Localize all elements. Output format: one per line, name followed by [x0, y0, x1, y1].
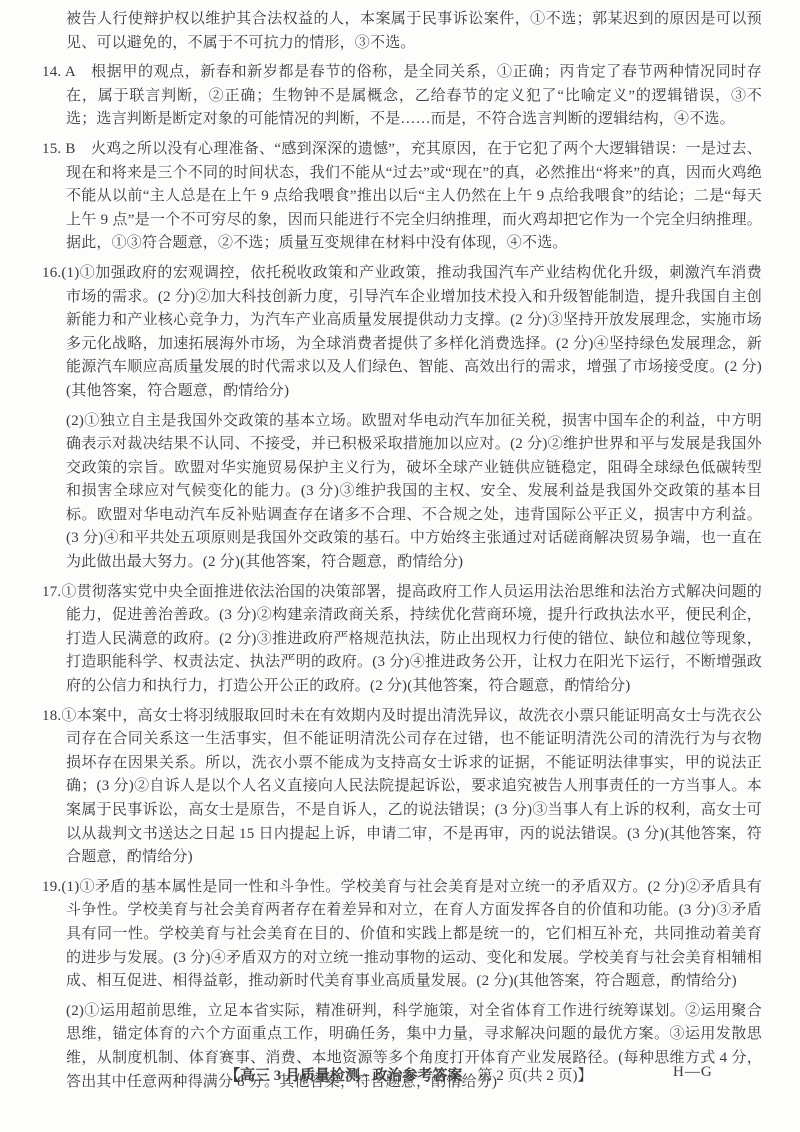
scanned-answer-page: 被告人行使辩护权以维护其合法权益的人，本案属于民事诉讼案件，①不选；郭某迟到的原… [0, 0, 800, 1132]
answer-continuation-q13: 被告人行使辩护权以维护其合法权益的人，本案属于民事诉讼案件，①不选；郭某迟到的原… [42, 8, 762, 55]
question-number-14: 14. A [42, 64, 91, 80]
footer-paper-code: H—G [673, 1064, 713, 1081]
answer-text: 被告人行使辩护权以维护其合法权益的人，本案属于民事诉讼案件，①不选；郭某迟到的原… [66, 11, 762, 51]
footer-title: 【高三 3 月质量检测 · 政治参考答案 第 2 页(共 2 页)】 [225, 1064, 593, 1085]
answer-block-17: 17.①贯彻落实党中央全面推进依法治国的决策部署，提高政府工作人员运用法治思维和… [42, 581, 762, 699]
question-number-15: 15. B [42, 141, 91, 157]
answer-block-14: 14. A 根据甲的观点，新春和新岁都是春节的俗称，是全同关系，①正确；丙肯定了… [42, 61, 762, 132]
answer-sheet-body: 被告人行使辩护权以维护其合法权益的人，本案属于民事诉讼案件，①不选；郭某迟到的原… [42, 8, 762, 1094]
answer-block-16-part1: 16.(1)①加强政府的宏观调控，依托税收政策和产业政策，推动我国汽车产业结构优… [42, 262, 762, 404]
answer-text: 火鸡之所以没有心理准备、“感到深深的遗憾”，充其原因，在于它犯了两个大逻辑错误：… [66, 141, 762, 251]
answer-block-16-part2: (2)①独立自主是我国外交政策的基本立场。欧盟对华电动汽车加征关税，损害中国车企… [42, 410, 762, 575]
answer-block-18: 18.①本案中，高女士将羽绒服取回时未在有效期内及时提出清洗异议，故洗衣小票只能… [42, 705, 762, 870]
answer-text: (1)①加强政府的宏观调控，依托税收政策和产业政策，推动我国汽车产业结构优化升级… [61, 265, 762, 399]
footer-page-number: 第 2 页(共 2 页)】 [463, 1068, 593, 1084]
answer-block-15: 15. B 火鸡之所以没有心理准备、“感到深深的遗憾”，充其原因，在于它犯了两个… [42, 138, 762, 256]
question-number-17: 17. [42, 584, 61, 600]
page-footer: 【高三 3 月质量检测 · 政治参考答案 第 2 页(共 2 页)】 H—G [0, 1064, 800, 1088]
answer-text: (1)①矛盾的基本属性是同一性和斗争性。学校美育与社会美育是对立统一的矛盾双方。… [61, 879, 762, 989]
question-number-16: 16. [42, 265, 61, 281]
question-number-19: 19. [42, 879, 61, 895]
answer-text: ①贯彻落实党中央全面推进依法治国的决策部署，提高政府工作人员运用法治思维和法治方… [61, 584, 762, 694]
question-number-18: 18. [42, 708, 61, 724]
answer-text: ①本案中，高女士将羽绒服取回时未在有效期内及时提出清洗异议，故洗衣小票只能证明高… [61, 708, 762, 866]
answer-text: 根据甲的观点，新春和新岁都是春节的俗称，是全同关系，①正确；丙肯定了春节两种情况… [66, 64, 762, 127]
answer-text: (2)①独立自主是我国外交政策的基本立场。欧盟对华电动汽车加征关税，损害中国车企… [66, 413, 762, 571]
footer-exam-title: 【高三 3 月质量检测 · 政治参考答案 [225, 1068, 463, 1084]
answer-block-19-part1: 19.(1)①矛盾的基本属性是同一性和斗争性。学校美育与社会美育是对立统一的矛盾… [42, 876, 762, 994]
